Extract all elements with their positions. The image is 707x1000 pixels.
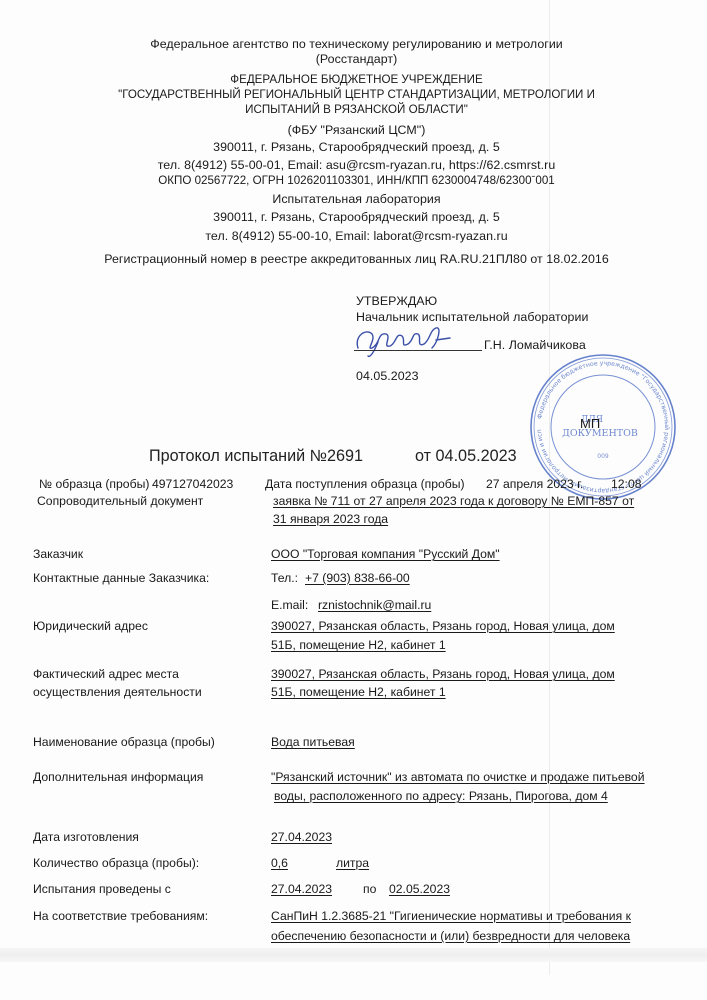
customer-value: ООО "Торговая компания "Русский Дом"	[271, 547, 500, 561]
accompanying-doc-line1: заявка № 711 от 27 апреля 2023 года к до…	[273, 494, 634, 508]
seal-mark: МП	[580, 416, 600, 431]
sample-number: 497127042023	[152, 477, 233, 491]
quantity-label: Количество образца (пробы):	[33, 856, 199, 870]
institution-address: 390011, г. Рязань, Старообрядческий прое…	[3, 140, 707, 154]
quantity-value: 0,6	[271, 856, 288, 870]
lab-address: 390011, г. Рязань, Старообрядческий прое…	[3, 210, 707, 224]
signature-icon	[352, 318, 484, 358]
institution-name-line1: "ГОСУДАРСТВЕННЫЙ РЕГИОНАЛЬНЫЙ ЦЕНТР СТАН…	[3, 88, 707, 101]
institution-name-line2: ИСПЫТАНИЙ В РЯЗАНСКОЙ ОБЛАСТИ"	[3, 103, 707, 116]
legal-address-line1: 390027, Рязанская область, Рязань город,…	[271, 619, 615, 633]
actual-address-line1: 390027, Рязанская область, Рязань город,…	[271, 667, 615, 681]
lab-contacts: тел. 8(4912) 55-00-10, Email: laborat@rc…	[3, 229, 707, 243]
customer-label: Заказчик	[33, 547, 83, 561]
requirements-line1: СанПиН 1.2.3685-21 "Гигиенические нормат…	[271, 909, 631, 923]
institution-short-name: (ФБУ "Рязанский ЦСМ")	[3, 123, 707, 137]
contacts-label: Контактные данные Заказчика:	[33, 571, 209, 585]
customer-phone: +7 (903) 838-66-00	[305, 571, 410, 585]
registry-codes: ОКПО 02567722, ОГРН 1026201103301, ИНН/К…	[3, 174, 707, 187]
legal-address-label: Юридический адрес	[33, 619, 148, 633]
actual-address-line2: 51Б, помещение Н2, кабинет 1	[271, 685, 446, 699]
accreditation-number: Регистрационный номер в реестре аккредит…	[3, 252, 707, 266]
extra-info-line2: воды, расположенного по адресу: Рязань, …	[274, 789, 608, 803]
signature-line	[354, 350, 482, 351]
actual-address-label-line2: осуществления деятельности	[33, 685, 202, 699]
approval-date: 04.05.2023	[356, 369, 419, 383]
agency-name: Федеральное агентство по техническому ре…	[3, 37, 707, 51]
accompanying-doc-label: Сопроводительный документ	[37, 494, 203, 508]
accompanying-doc-line2: 31 января 2023 года	[273, 512, 388, 526]
receipt-date-label: Дата поступления образца (пробы)	[265, 477, 465, 491]
sample-name-label: Наименование образца (пробы)	[33, 735, 215, 749]
sample-name-value: Вода питьевая	[271, 735, 355, 749]
legal-address-line2: 51Б, помещение Н2, кабинет 1	[271, 638, 446, 652]
phone-prefix: Тел.:	[271, 571, 298, 585]
extra-info-label: Дополнительная информация	[33, 770, 203, 784]
requirements-label: На соответствие требованиям:	[33, 909, 208, 923]
approver-name: Г.Н. Ломайчикова	[484, 338, 586, 352]
page-cut-edge	[0, 948, 707, 962]
requirements-line2: обеспечению безопасности и (или) безвред…	[271, 929, 630, 943]
approval-title: УТВЕРЖДАЮ	[356, 294, 437, 308]
protocol-title: Протокол испытаний №2691	[149, 447, 363, 466]
agency-short-name: (Росстандарт)	[3, 52, 707, 66]
manufacture-date-label: Дата изготовления	[33, 830, 139, 844]
svg-text:009: 009	[597, 453, 609, 460]
lab-name: Испытательная лаборатория	[3, 192, 707, 206]
tests-period-label: Испытания проведены с	[33, 882, 171, 896]
quantity-unit: литра	[336, 856, 369, 870]
sample-number-label: № образца (пробы)	[39, 477, 149, 491]
tests-to-date: 02.05.2023	[389, 882, 450, 896]
receipt-time: 12:08	[611, 477, 642, 491]
tests-to-word: по	[363, 882, 376, 896]
institution-type: ФЕДЕРАЛЬНОЕ БЮДЖЕТНОЕ УЧРЕЖДЕНИЕ	[3, 73, 707, 86]
customer-email: rznistochnik@mail.ru	[318, 598, 431, 612]
institution-contacts: тел. 8(4912) 55-00-01, Email: asu@rcsm-r…	[3, 158, 707, 172]
actual-address-label-line1: Фактический адрес места	[33, 667, 179, 681]
tests-from-date: 27.04.2023	[271, 882, 332, 896]
receipt-date: 27 апреля 2023 г.	[486, 477, 583, 491]
email-prefix: E.mail:	[271, 598, 308, 612]
manufacture-date-value: 27.04.2023	[271, 830, 332, 844]
extra-info-line1: "Рязанский источник" из автомата по очис…	[271, 770, 645, 784]
protocol-date: от 04.05.2023	[415, 447, 517, 466]
